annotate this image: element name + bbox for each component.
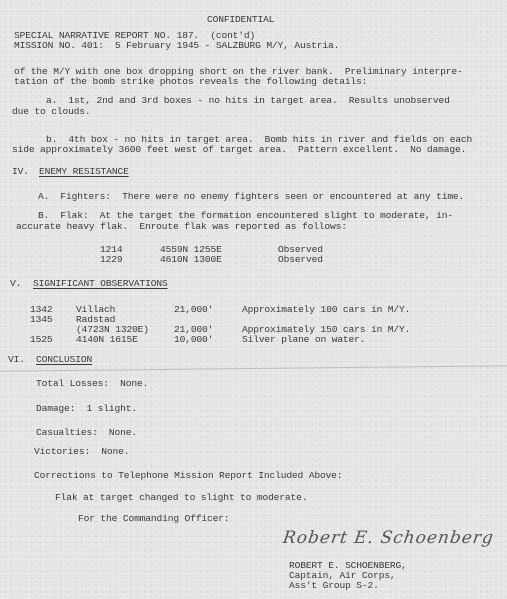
flak-position: 4610N 1300E xyxy=(160,254,222,265)
flak-time: 1229 xyxy=(100,254,122,265)
mission-line: MISSION NO. 401: 5 February 1945 - SALZB… xyxy=(14,40,339,51)
detail-a-line-1: a. 1st, 2nd and 3rd boxes - no hits in t… xyxy=(46,95,450,106)
obs-altitude: 10,000' xyxy=(174,334,213,345)
detail-a-line-2: due to clouds. xyxy=(12,106,91,117)
intro-line-2: tation of the bomb strike photos reveals… xyxy=(14,76,367,87)
casualties: Casualties: None. xyxy=(36,427,137,438)
flak-line-2: accurate heavy flak. Enroute flak was re… xyxy=(16,221,347,232)
fighters-line: A. Fighters: There were no enemy fighter… xyxy=(38,191,464,202)
signer-title: Ass't Group S-2. xyxy=(289,580,379,591)
closing-line: For the Commanding Officer: xyxy=(78,513,229,524)
obs-time: 1345 xyxy=(30,314,52,325)
obs-place: 4140N 1615E xyxy=(76,334,138,345)
corrections-heading: Corrections to Telephone Mission Report … xyxy=(34,470,342,481)
flak-line-1: B. Flak: At the target the formation enc… xyxy=(38,210,453,221)
obs-altitude: 21,000' xyxy=(174,304,213,315)
section-iv-number: IV. xyxy=(12,166,29,177)
obs-note: Approximately 100 cars in M/Y. xyxy=(242,304,410,315)
obs-time: 1525 xyxy=(30,334,52,345)
correction-text: Flak at target changed to slight to mode… xyxy=(55,492,307,503)
section-v-title: SIGNIFICANT OBSERVATIONS xyxy=(33,278,168,289)
detail-b-line-2: side approximately 3600 feet west of tar… xyxy=(12,144,466,155)
total-losses: Total Losses: None. xyxy=(36,378,148,389)
section-vi-number: VI. xyxy=(8,354,25,365)
document-page: CONFIDENTIAL SPECIAL NARRATIVE REPORT NO… xyxy=(0,0,507,599)
handwritten-signature: Robert E. Schoenberg xyxy=(282,528,496,548)
section-v-number: V. xyxy=(10,278,21,289)
section-iv-title: ENEMY RESISTANCE xyxy=(39,166,129,177)
classification-marking: CONFIDENTIAL xyxy=(207,14,274,25)
paper-fold xyxy=(0,365,507,371)
flak-status: Observed xyxy=(278,254,323,265)
section-vi-title: CONCLUSION xyxy=(36,354,92,365)
victories: Victories: None. xyxy=(34,446,129,457)
damage: Damage: 1 slight. xyxy=(36,403,137,414)
obs-note: Silver plane on water. xyxy=(242,334,365,345)
